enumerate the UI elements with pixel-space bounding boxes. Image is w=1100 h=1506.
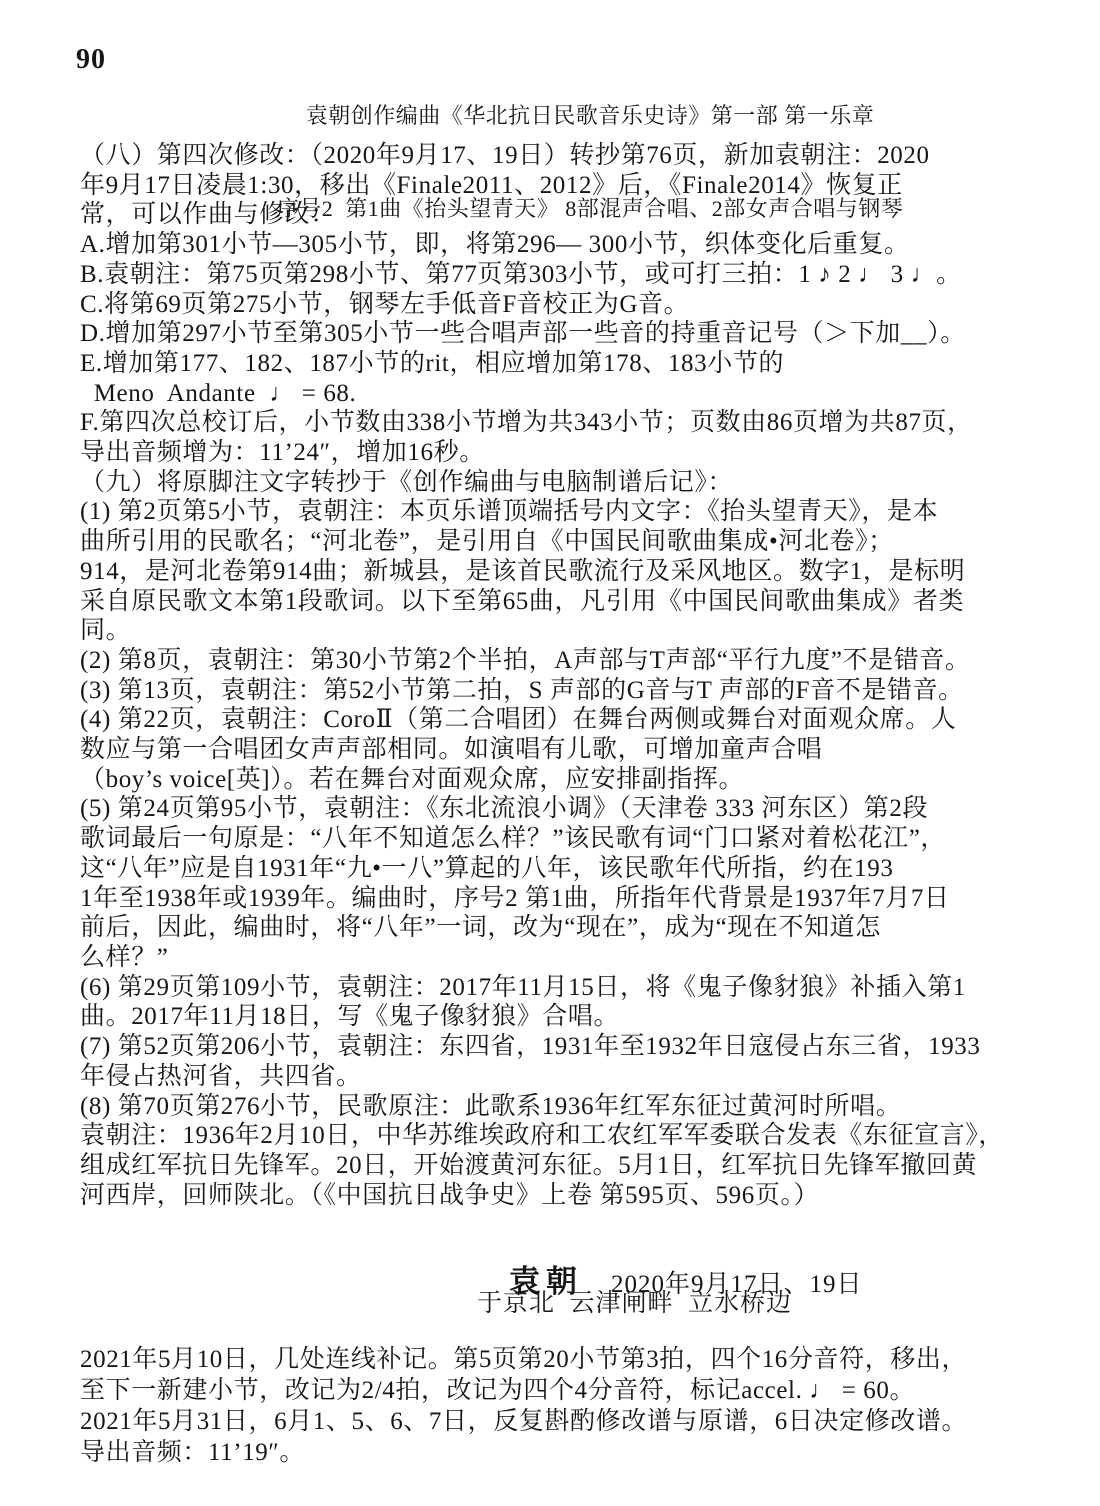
text-line: (5) 第24页第95小节，袁朝注：《东北流浪小调》（天津卷 333 河东区）第…	[80, 794, 1092, 824]
text-line: (2) 第8页，袁朝注：第30小节第2个半拍，A声部与T声部“平行九度”不是错音…	[80, 646, 1092, 676]
text-line: 年9月17日凌晨1:30，移出《Finale2011、2012》后，《Final…	[80, 171, 1092, 201]
text-line: 数应与第一合唱团女声声部相同。如演唱有儿歌，可增加童声合唱	[80, 735, 1092, 765]
text-line: 采自原民歌文本第1段歌词。以下至第65曲，凡引用《中国民间歌曲集成》者类	[80, 587, 1092, 617]
text-line: 914，是河北卷第914曲；新城县，是该首民歌流行及采风地区。数字1，是标明	[80, 557, 1092, 587]
header-title-line1: 袁朝创作编曲《华北抗日民歌音乐史诗》第一部 第一乐章	[80, 100, 1100, 131]
text-line: (4) 第22页，袁朝注：CoroⅡ（第二合唱团）在舞台两侧或舞台对面观众席。人	[80, 705, 1092, 735]
text-line: （九）将原脚注文字转抄于《创作编曲与电脑制谱后记》：	[80, 468, 1092, 498]
text-line: 前后，因此，编曲时，将“八年”一词，改为“现在”，成为“现在不知道怎	[80, 913, 1092, 943]
text-line: 导出音频：11’19″。	[80, 1437, 1092, 1468]
text-line: （八）第四次修改：（2020年9月17、19日）转抄第76页，新加袁朝注：202…	[80, 141, 1092, 171]
text-line: B.袁朝注：第75页第298小节、第77页第303小节，或可打三拍：1 ♪ 2 …	[80, 260, 1092, 290]
text-line: 2021年5月31日，6月1、5、6、7日，反复斟酌修改谱与原谱，6日决定修改谱…	[80, 1406, 1092, 1437]
signature-location: 于京北 云津闸畔 立水桥边	[477, 1283, 792, 1319]
text-line: 年侵占热河省，共四省。	[80, 1062, 1092, 1092]
text-line: C.将第69页第275小节，钢琴左手低音F音校正为G音。	[80, 290, 1092, 320]
text-line: （boy’s voice[英]）。若在舞台对面观众席，应安排副指挥。	[80, 765, 1092, 795]
text-line: 歌词最后一句原是：“八年不知道怎么样？”该民歌有词“门口紧对着松花江”，	[80, 824, 1092, 854]
text-line: 导出音频增为：11’24″，增加16秒。	[80, 438, 1092, 468]
text-line: Meno Andante ♩ = 68.	[80, 379, 1092, 409]
text-line: 2021年5月10日，几处连线补记。第5页第20小节第3拍，四个16分音符，移出…	[80, 1344, 1092, 1375]
text-line: D.增加第297小节至第305小节一些合唱声部一些音的持重音记号（＞下加__）。	[80, 319, 1092, 349]
text-line: (8) 第70页第276小节，民歌原注：此歌系1936年红军东征过黄河时所唱。	[80, 1092, 1092, 1122]
text-line: A.增加第301小节—305小节，即，将第296— 300小节，织体变化后重复。	[80, 230, 1092, 260]
text-line: 河西岸，回师陕北。（《中国抗日战争史》上卷 第595页、596页。）	[80, 1181, 1092, 1211]
text-line: 同。	[80, 616, 1092, 646]
text-line: (7) 第52页第206小节，袁朝注：东四省，1931年至1932年日寇侵占东三…	[80, 1032, 1092, 1062]
revision-notes-body: （八）第四次修改：（2020年9月17、19日）转抄第76页，新加袁朝注：202…	[80, 141, 1092, 1210]
text-line: E.增加第177、182、187小节的rit，相应增加第178、183小节的	[80, 349, 1092, 379]
text-line: 曲所引用的民歌名；“河北卷”，是引用自《中国民间歌曲集成•河北卷》；	[80, 527, 1092, 557]
text-line: F.第四次总校订后，小节数由338小节增为共343小节；页数由86页增为共87页…	[80, 408, 1092, 438]
text-line: 么样？”	[80, 943, 1092, 973]
text-line: 这“八年”应是自1931年“九•一八”算起的八年，该民歌年代所指，约在193	[80, 854, 1092, 884]
text-line: (1) 第2页第5小节，袁朝注：本页乐谱顶端括号内文字：《抬头望青天》，是本	[80, 497, 1092, 527]
text-line: 1年至1938年或1939年。编曲时，序号2 第1曲，所指年代背景是1937年7…	[80, 884, 1092, 914]
text-line: 至下一新建小节，改记为2/4拍，改记为四个4分音符，标记accel. ♩ = 6…	[80, 1375, 1092, 1406]
text-line: (6) 第29页第109小节，袁朝注：2017年11月15日，将《鬼子像豺狼》补…	[80, 973, 1092, 1003]
text-line: 组成红军抗日先锋军。20日，开始渡黄河东征。5月1日，红军抗日先锋军撤回黄	[80, 1151, 1092, 1181]
text-line: (3) 第13页，袁朝注：第52小节第二拍，S 声部的G音与T 声部的F音不是错…	[80, 676, 1092, 706]
text-line: 曲。2017年11月18日，写《鬼子像豺狼》合唱。	[80, 1002, 1092, 1032]
text-line: 袁朝注：1936年2月10日，中华苏维埃政府和工农红军军委联合发表《东征宣言》，	[80, 1121, 1092, 1151]
text-line: 常，可以作曲与修改：	[80, 200, 1092, 230]
document-page: 90 袁朝创作编曲《华北抗日民歌音乐史诗》第一部 第一乐章 序号2 第1曲《抬头…	[0, 0, 1100, 1506]
addendum-notes: 2021年5月10日，几处连线补记。第5页第20小节第3拍，四个16分音符，移出…	[80, 1344, 1092, 1468]
